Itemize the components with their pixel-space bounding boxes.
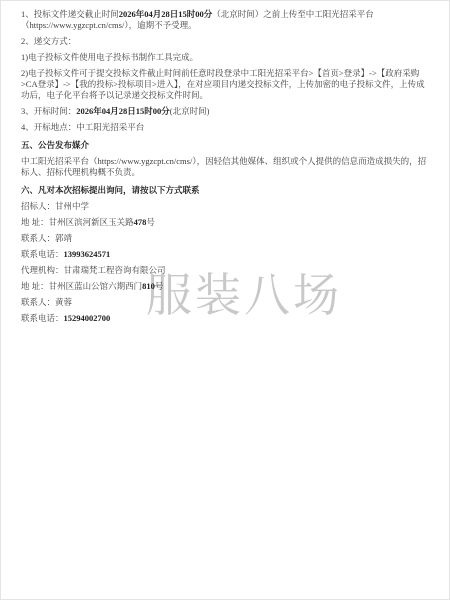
- text-segment: 1)电子投标文件使用电子投标书制作工具完成。: [21, 52, 198, 62]
- text-segment: 1、投标文件递交截止时间: [21, 9, 119, 19]
- text-segment: 号: [155, 281, 164, 291]
- text-segment: 五、公告发布媒介: [21, 140, 89, 150]
- document-content: 1、投标文件递交截止时间2026年04月28日15时00分（北京时间）之前上传至…: [1, 1, 449, 324]
- line-tenderer: 招标人：甘州中学: [21, 201, 429, 212]
- text-segment: 代理机构：: [21, 265, 64, 275]
- line-tenderer-contact: 联系人：郭靖: [21, 233, 429, 244]
- paragraph-bid-opening-location: 4、开标地点：中工阳光招采平台: [21, 122, 429, 133]
- text-segment: 2)电子投标文件可于提交投标文件截止时间前任意时段登录中工阳光招采平台>【首页>…: [21, 68, 425, 100]
- text-segment: 甘肃瑞梵工程咨询有限公司: [64, 265, 166, 275]
- text-segment: 黄蓉: [55, 297, 72, 307]
- paragraph-submission-method-title: 2、递交方式：: [21, 36, 429, 47]
- line-agency-phone: 联系电话：15294002700: [21, 313, 429, 324]
- line-agency-address: 地 址：甘州区蓝山公馆六期西门810号: [21, 281, 429, 292]
- text-segment: 15294002700: [64, 313, 111, 323]
- text-segment: 中工阳光招采平台（https://www.ygzcpt.cn/cms/），因轻信…: [21, 156, 426, 177]
- text-segment: 联系人：: [21, 233, 55, 243]
- line-agency-contact: 联系人：黄蓉: [21, 297, 429, 308]
- text-segment: 号: [146, 217, 155, 227]
- text-segment: 810: [142, 281, 155, 291]
- document-page: 1、投标文件递交截止时间2026年04月28日15时00分（北京时间）之前上传至…: [0, 0, 450, 600]
- section-heading-announcement-media: 五、公告发布媒介: [21, 140, 429, 151]
- text-segment: 2、递交方式：: [21, 36, 76, 46]
- section-heading-contact-info: 六、凡对本次招标提出询问，请按以下方式联系: [21, 185, 429, 196]
- text-segment: 478: [134, 217, 147, 227]
- text-segment: 招标人：: [21, 201, 55, 211]
- text-segment: (北京时间): [170, 106, 210, 116]
- text-segment: 4、开标地点：中工阳光招采平台: [21, 122, 144, 132]
- text-segment: 六、凡对本次招标提出询问，请按以下方式联系: [21, 185, 200, 195]
- text-segment: 2026年04月28日15时00分: [76, 106, 170, 116]
- text-segment: 联系电话：: [21, 249, 64, 259]
- paragraph-announcement-media: 中工阳光招采平台（https://www.ygzcpt.cn/cms/），因轻信…: [21, 156, 429, 178]
- text-segment: 郭靖: [55, 233, 72, 243]
- text-segment: 地 址：甘州区蓝山公馆六期西门: [21, 281, 142, 291]
- text-segment: 3、开标时间：: [21, 106, 76, 116]
- text-segment: 地 址：甘州区滨河新区玉关路: [21, 217, 134, 227]
- text-segment: 联系电话：: [21, 313, 64, 323]
- line-agency: 代理机构：甘肃瑞梵工程咨询有限公司: [21, 265, 429, 276]
- paragraph-submission-method-item2: 2)电子投标文件可于提交投标文件截止时间前任意时段登录中工阳光招采平台>【首页>…: [21, 68, 429, 101]
- paragraph-submission-method-item1: 1)电子投标文件使用电子投标书制作工具完成。: [21, 52, 429, 63]
- text-segment: 联系人：: [21, 297, 55, 307]
- line-tenderer-address: 地 址：甘州区滨河新区玉关路478号: [21, 217, 429, 228]
- line-tenderer-phone: 联系电话：13993624571: [21, 249, 429, 260]
- paragraph-submission-deadline: 1、投标文件递交截止时间2026年04月28日15时00分（北京时间）之前上传至…: [21, 9, 429, 31]
- paragraph-bid-opening-time: 3、开标时间：2026年04月28日15时00分(北京时间): [21, 106, 429, 117]
- text-segment: 13993624571: [64, 249, 111, 259]
- text-segment: 2026年04月28日15时00分: [119, 9, 213, 19]
- text-segment: 甘州中学: [55, 201, 89, 211]
